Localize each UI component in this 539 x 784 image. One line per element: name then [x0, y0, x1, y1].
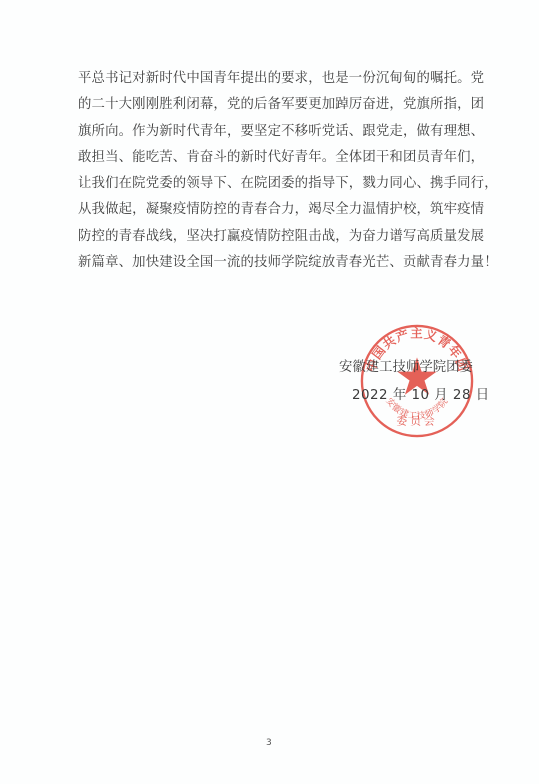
paragraph-line: 从我做起，凝聚疫情防控的青春合力，竭尽全力温情护校，筑牢疫情	[78, 197, 468, 223]
paragraph-line: 的二十大刚刚胜利闭幕，党的后备军要更加踔厉奋进，党旗所指，团	[78, 92, 468, 118]
paragraph-line: 新篇章、加快建设全国一流的技师学院绽放青春光芒、贡献青春力量！	[78, 250, 468, 276]
signature-organization: 安徽建工技师学院团委	[339, 359, 473, 377]
body-paragraph: 平总书记对新时代中国青年提出的要求，也是一份沉甸甸的嘱托。党 的二十大刚刚胜利闭…	[78, 66, 468, 276]
official-seal-icon: 中国共产主义青年团 安徽建工技师学院 委员会	[358, 322, 476, 440]
paragraph-line: 防控的青春战线，坚决打赢疫情防控阻击战，为奋力谱写高质量发展	[78, 224, 468, 250]
signature-date: 2022 年 10 月 28 日	[352, 387, 490, 405]
paragraph-line: 敢担当、能吃苦、肯奋斗的新时代好青年。全体团干和团员青年们，	[78, 145, 468, 171]
paragraph-line: 旗所向。作为新时代青年，要坚定不移听党话、跟党走，做有理想、	[78, 119, 468, 145]
paragraph-line: 平总书记对新时代中国青年提出的要求，也是一份沉甸甸的嘱托。党	[78, 66, 468, 92]
paragraph-line: 让我们在院党委的领导下、在院团委的指导下，戮力同心、携手同行，	[78, 171, 468, 197]
seal-center-text: 委员会	[396, 413, 437, 427]
document-page: 平总书记对新时代中国青年提出的要求，也是一份沉甸甸的嘱托。党 的二十大刚刚胜利闭…	[0, 0, 539, 784]
page-number: 3	[266, 738, 272, 748]
